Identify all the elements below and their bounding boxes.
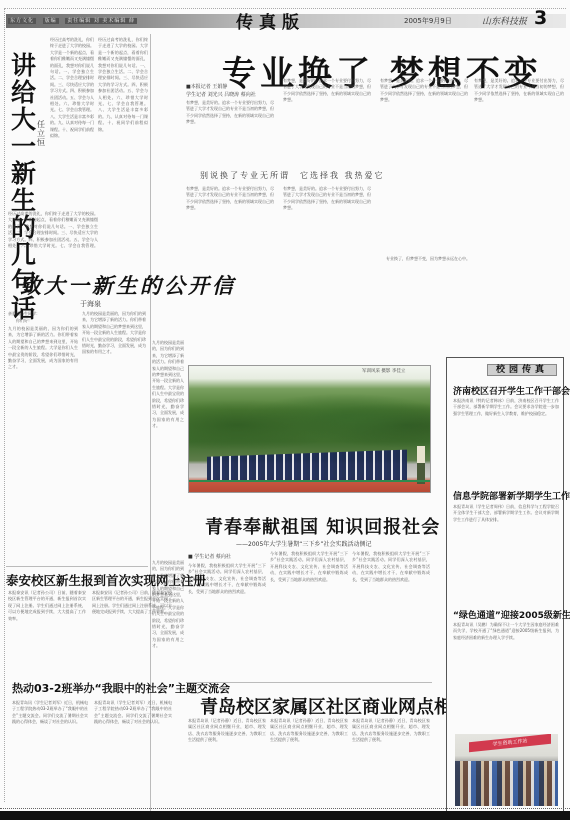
section-name: 传真版 xyxy=(236,8,305,33)
main-body-col-5: 有梦想，是美好的。追求一个专业要付出努力，尽管进了大学才发现自己的专业不是当初的… xyxy=(474,78,564,248)
feature-body-col-3: 今年暑假，我校积极组织大学生开展“三下乡”社会实践活动。同学们深入农村基层，开展… xyxy=(352,551,430,678)
photo-caption: 军训风采 摄影 李佳立 xyxy=(362,368,405,374)
main-body-col-3: 有梦想，是美好的。追求一个专业要付出努力，尽管进了大学才发现自己的专业不是当初的… xyxy=(283,186,371,346)
page-number: 3 xyxy=(534,7,547,29)
letter-greeting: 你们好！ xyxy=(16,318,76,326)
advice-body-col-3: 经历过高考的洗礼，你们终于走进了大学的校园。大学是一个新的起点，看着你们稚嫩而又… xyxy=(8,211,98,249)
newspaper-page: 东方文化 版编 责任编辑 刘 美术编辑 薛 传真版 2005年9月9日 山东科技… xyxy=(0,0,570,820)
feature-byline: ■ 学生记者 蔡向社 xyxy=(188,553,231,560)
main-closing: 专业换了，但梦想不变，因为梦想永远在心中。 xyxy=(386,256,556,286)
letter-body-col-1: 九月的校园是美丽的，因为你们的到来，为它增添了新的活力。你们带着家人的期望和自己… xyxy=(8,326,78,562)
left-border xyxy=(4,8,5,802)
photo-red-banner: 学生资助工作站 xyxy=(469,734,551,752)
taian-body-col-1: 本报泰安讯（记者孙公司）日前，随着泰安校区新生管理平台的开通，新生报到首次实现了… xyxy=(8,590,86,662)
advice-body-col-1: 经历过高考的洗礼，你们终于走进了大学的校园。大学是一个新的起点，看着你们稚嫩而又… xyxy=(50,37,94,209)
main-subhead-2: 它选择我 我热爱它 xyxy=(300,170,385,181)
sidebar-item-headline: 信息学院部署新学期学生工作 xyxy=(453,489,570,502)
letter-continued-col: 九月的校园是美丽的，因为你们的到来，为它增添了新的活力。你们带着家人的期望和自己… xyxy=(152,340,184,490)
bottom-dotted-rule xyxy=(0,808,570,809)
sidebar-item-body: 本报青岛讯（吴鹏）为确保不让一个大学生因家庭经济困难而失学，学校开通了“绿色通道… xyxy=(453,622,559,726)
photo-officer xyxy=(417,446,425,484)
campus-news-sidebar: 校园传真 济南校区召开学生工作干部会议 本报济南讯（特约记者韩冰）日前，济南校区… xyxy=(446,357,564,812)
advice-body-col-2: 经历过高考的洗礼，你们终于走进了大学的校园。大学是一个新的起点，看着你们稚嫩而又… xyxy=(98,37,148,227)
photo-trees xyxy=(189,380,430,455)
sidebar-banner: 校园传真 xyxy=(487,364,557,376)
sidebar-item-body: 本报青岛讯（学生记者周伟）日前，信息科学与工程学院召开全体学生干部大会，部署新学… xyxy=(453,504,559,596)
feature-body-col-2: 今年暑假，我校积极组织大学生开展“三下乡”社会实践活动。同学们深入农村基层，开展… xyxy=(270,551,348,678)
main-body-col-1: 有梦想，是美好的。追求一个专业要付出努力，尽管进了大学才发现自己的专业不是当初的… xyxy=(186,186,274,346)
main-body-col-2: 有梦想，是美好的。追求一个专业要付出努力，尽管进了大学才发现自己的专业不是当初的… xyxy=(283,78,371,163)
issue-date: 2005年9月9日 xyxy=(404,16,452,26)
section-rule xyxy=(186,682,432,683)
main-body-col-4: 有梦想，是美好的。追求一个专业要付出努力，尽管进了大学才发现自己的专业不是当初的… xyxy=(380,78,468,248)
feature-subtitle: ——2005年大学生暑期“三下乡”社会实践活动侧记 xyxy=(236,539,372,548)
qingdao-body-col-2: 本报青岛讯（记者孙静）近日，青岛校区家属区社区商业网点相继开业，超市、理发店、洗… xyxy=(270,718,348,806)
byline-line-2: 学生记者 刘光兴 吕晓涛 蔡向社 xyxy=(186,91,256,99)
sidebar-item-body: 本报济南讯（特约记者韩冰）日前，济南校区召开学生工作干部会议，部署新学期学生工作… xyxy=(453,398,559,478)
section-rule xyxy=(6,566,148,567)
military-training-photo xyxy=(188,365,431,493)
main-intro: 有梦想，是美好的。追求一个专业要付出努力，尽管进了大学才发现自己的专业不是当初的… xyxy=(186,100,274,162)
feature-headline: 青春奉献祖国 知识回报社会 xyxy=(205,513,440,539)
qingdao-body-col-3: 本报青岛讯（记者孙静）近日，青岛校区家属区社区商业网点相继开业，超市、理发店、洗… xyxy=(352,718,430,806)
class-event-body-col-1: 本报青岛讯（学生记者刘军）近日，机械电子工程学院热动03-2班举办了“我眼中的社… xyxy=(12,700,88,805)
header-left-item: 东方文化 xyxy=(8,18,36,24)
newspaper-logo: 山东科技报 xyxy=(482,14,527,27)
main-byline: ■本报记者 王娟静 学生记者 刘光兴 吕晓涛 蔡向社 xyxy=(186,83,256,99)
main-subhead-1: 别说换了专业无所谓 xyxy=(200,170,290,181)
letter-author: 于海泉 xyxy=(80,299,101,309)
column-rule xyxy=(150,34,151,814)
sidebar-item-headline: “绿色通道”迎接2005级新生报到 xyxy=(453,608,570,621)
letter-title: 致大一新生的公开信 xyxy=(20,270,236,300)
photo-track-line xyxy=(189,480,430,482)
new-student-registration-photo: 学生资助工作站 xyxy=(455,734,558,806)
bottom-bar xyxy=(0,811,570,820)
header-left-strip: 东方文化 版编 责任编辑 刘 美术编辑 薛 xyxy=(8,17,141,24)
header-left-item: 责任编辑 刘 美术编辑 薛 xyxy=(65,18,137,24)
letter-continued-col-2: 九月的校园是美丽的，因为你们的到来，为它增添了新的活力。你们带着家人的期望和自己… xyxy=(152,560,184,660)
photo-crowd xyxy=(455,761,558,806)
advice-author: 任立恒 xyxy=(37,120,47,147)
header-left-item: 版编 xyxy=(43,18,59,24)
sidebar-item-headline: 济南校区召开学生工作干部会议 xyxy=(453,384,570,397)
class-event-body-col-2: 本报青岛讯（学生记者刘军）近日，机械电子工程学院热动03-2班举办了“我眼中的社… xyxy=(94,700,172,805)
qingdao-body-col-1: 本报青岛讯（记者孙静）近日，青岛校区家属区社区商业网点相继开业，超市、理发店、洗… xyxy=(188,718,266,806)
byline-line-1: ■本报记者 王娟静 xyxy=(186,83,256,91)
letter-body-col-2: 九月的校园是美丽的，因为你们的到来，为它增添了新的活力。你们带着家人的期望和自己… xyxy=(82,311,146,562)
